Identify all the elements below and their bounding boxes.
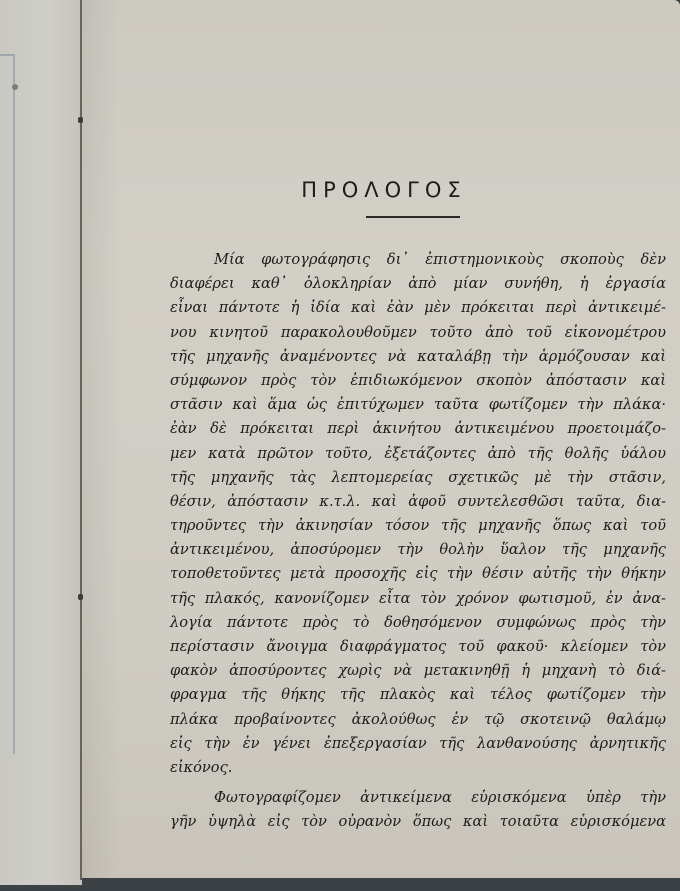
gutter-shadow [82,0,122,878]
text-line: τοποθετοῦντες μετὰ προσοχῆς εἰς τὴν θέσι… [170,562,666,586]
text-line: Μία φωτογράφησις δι᾽ ἐπιστημονικοὺς σκοπ… [170,248,666,272]
text-line: διαφέρει καθ᾽ ὁλοκληρίαν ἀπὸ μίαν συνήθη… [170,272,666,296]
previous-page-edge [0,0,82,885]
binding-stitch-mark [78,117,83,123]
book-binding-line [80,0,82,880]
paper-speck [12,84,18,90]
text-line: σύμφωνον πρὸς τὸν ἐπιδιωκόμενον σκοπὸν ἀ… [170,369,666,393]
text-line: φακὸν ἀποσύροντες χωρὶς νὰ μετακινηθῇ ἡ … [170,659,666,683]
text-line: εἶναι πάντοτε ἡ ἰδία καὶ ἐὰν μὲν πρόκειτ… [170,296,666,320]
page-border-rule [0,54,15,754]
text-line: θέσιν, ἀπόστασιν κ.τ.λ. καὶ ἀφοῦ συντελε… [170,490,666,514]
text-line: τῆς μηχανῆς τὰς λεπτομερείας σχετικῶς μὲ… [170,466,666,490]
text-line: τηροῦντες τὴν ἀκινησίαν τόσον τῆς μηχανῆ… [170,514,666,538]
text-line: ἀντικειμένου, ἀποσύρομεν τὴν θολὴν ὕαλον… [170,538,666,562]
text-line: στᾶσιν καὶ ἅμα ὡς ἐπιτύχωμεν ταῦτα φωτίζ… [170,393,666,417]
text-line: νου κινητοῦ παρακολουθοῦμεν τοῦτο ἀπὸ το… [170,321,666,345]
text-line: πλάκα προβαίνοντες ἀκολούθως ἐν τῷ σκοτε… [170,708,666,732]
text-line: εἰκόνος. [170,756,666,780]
text-line: μεν κατὰ πρῶτον τοῦτο, ἐξετάζοντες ἀπὸ τ… [170,442,666,466]
paragraph-1: Μία φωτογράφησις δι᾽ ἐπιστημονικοὺς σκοπ… [170,248,666,780]
page-title: ΠΡΟΛΟΓΟΣ [0,178,680,202]
binding-stitch-mark [78,594,83,600]
text-line: ἐὰν δὲ πρόκειται περὶ ἀκινήτου ἀντικειμέ… [170,417,666,441]
paragraph-2: Φωτογραφίζομεν ἀντικείμενα εὑρισκόμενα ὑ… [170,786,666,834]
text-line: περίστασιν ἄνοιγμα διαφράγματος τοῦ φακο… [170,635,666,659]
text-line: φραγμα τῆς θήκης τῆς πλακὸς καὶ τέλος φω… [170,683,666,707]
body-text: Μία φωτογράφησις δι᾽ ἐπιστημονικοὺς σκοπ… [170,248,666,835]
text-line: εἰς τὴν ἐν γένει ἐπεξεργασίαν τῆς λανθαν… [170,732,666,756]
text-line: λογία πάντοτε πρὸς τὸ δοθησόμενον συμφών… [170,611,666,635]
text-line: Φωτογραφίζομεν ἀντικείμενα εὑρισκόμενα ὑ… [170,786,666,810]
title-underline [366,216,460,218]
text-line: τῆς πλακός, κανονίζομεν εἶτα τὸν χρόνον … [170,587,666,611]
text-line: γῆν ὑψηλὰ εἰς τὸν οὐρανὸν ὅπως καὶ τοιαῦ… [170,810,666,834]
text-line: τῆς μηχανῆς ἀναμένοντες νὰ καταλάβῃ τὴν … [170,345,666,369]
